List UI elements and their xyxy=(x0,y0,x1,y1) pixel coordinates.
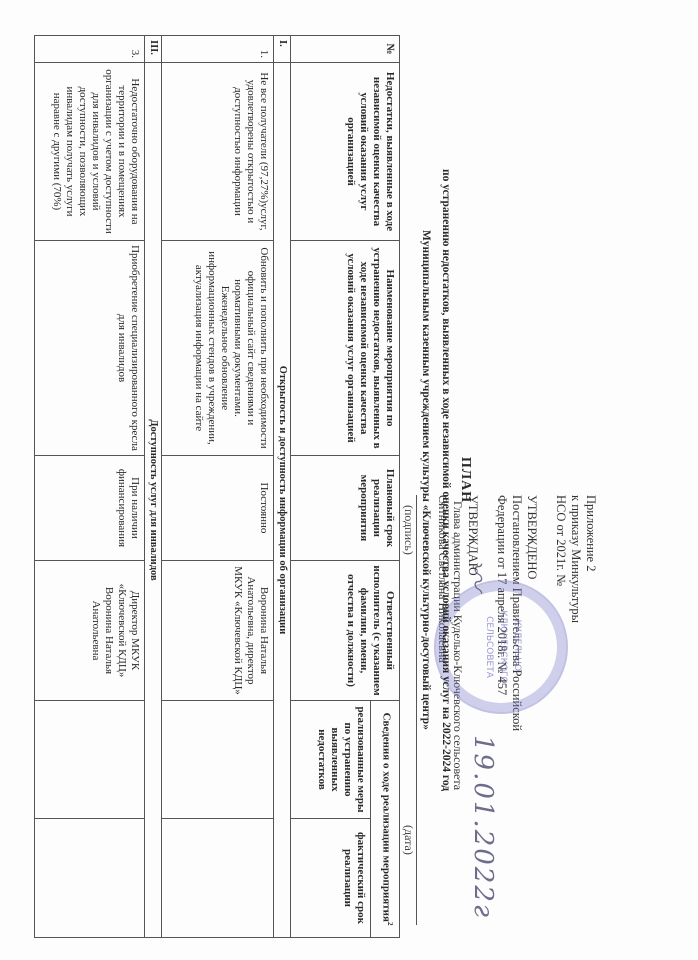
header-shortcomings: Недостатки, выявленные в ходе независимо… xyxy=(291,63,400,241)
appendix-note: Приложение 2 к приказу Минкультуры НСО о… xyxy=(553,495,598,935)
section-row: I. Открытость и доступность информации о… xyxy=(274,36,291,938)
plan-table: № Недостатки, выявленные в ходе независи… xyxy=(34,35,400,938)
row-responsible: Воронина Наталья Анатольевна, директор М… xyxy=(162,561,274,701)
row-implemented xyxy=(162,701,274,819)
row-shortcoming: Не все получатели (97,27%)услуг, удовлет… xyxy=(162,63,274,241)
section-num: I. xyxy=(274,36,291,63)
signature-label: (подпись) xyxy=(401,505,416,555)
header-progress: Сведения о ходе реализации мероприятия2 xyxy=(371,701,400,938)
header-measures: Наименование мероприятия по устранению н… xyxy=(291,241,400,456)
section-num: III. xyxy=(145,36,162,63)
row-num: 3. xyxy=(35,36,145,63)
row-implemented xyxy=(35,701,145,819)
table-header-row: № Недостатки, выявленные в ходе независи… xyxy=(371,36,400,938)
row-deadline: При наличии финансирования xyxy=(35,456,145,561)
row-actual-date xyxy=(162,819,274,938)
row-deadline: Постоянно xyxy=(162,456,274,561)
document-title: ПЛАН xyxy=(457,0,473,960)
table-row: 1. Не все получатели (97,27%)услуг, удов… xyxy=(162,36,274,938)
official-stamp: КУДЕЛЬНО- КЛЮЧЕВСКОГО СЕЛЬСОВЕТА xyxy=(434,580,568,714)
row-measure: Приобретение специализированного кресла … xyxy=(35,241,145,456)
header-num: № xyxy=(291,36,400,63)
header-responsible: Ответственный исполнитель (с указанием ф… xyxy=(291,561,400,701)
header-implemented: реализованные меры по устранению выявлен… xyxy=(291,701,371,819)
document-organization: Муниципальным казенным учреждением культ… xyxy=(420,30,432,930)
section-title: Открытость и доступность информации об о… xyxy=(274,63,291,938)
date-label: (дата) xyxy=(401,825,416,855)
row-num: 1. xyxy=(162,36,274,63)
table-row: 3. Недостаточно оборудования на территор… xyxy=(35,36,145,938)
document-subtitle: по устранению недостатков, выявленных в … xyxy=(440,30,452,930)
document-page: Приложение 2 к приказу Минкультуры НСО о… xyxy=(0,0,698,960)
header-actual-date: фактический срок реализации xyxy=(291,819,371,938)
row-shortcoming: Недостаточно оборудования на территории … xyxy=(35,63,145,241)
section-row: III. Доступность услуг для инвалидов xyxy=(145,36,162,938)
header-deadline: Плановый срок реализации мероприятия xyxy=(291,456,400,561)
row-measure: Обновить и пополнить при необходимости о… xyxy=(162,241,274,456)
row-responsible: Директор МКУК «Ключевской КДЦ» Воронина … xyxy=(35,561,145,701)
section-title: Доступность услуг для инвалидов xyxy=(145,63,162,938)
row-actual-date xyxy=(35,819,145,938)
